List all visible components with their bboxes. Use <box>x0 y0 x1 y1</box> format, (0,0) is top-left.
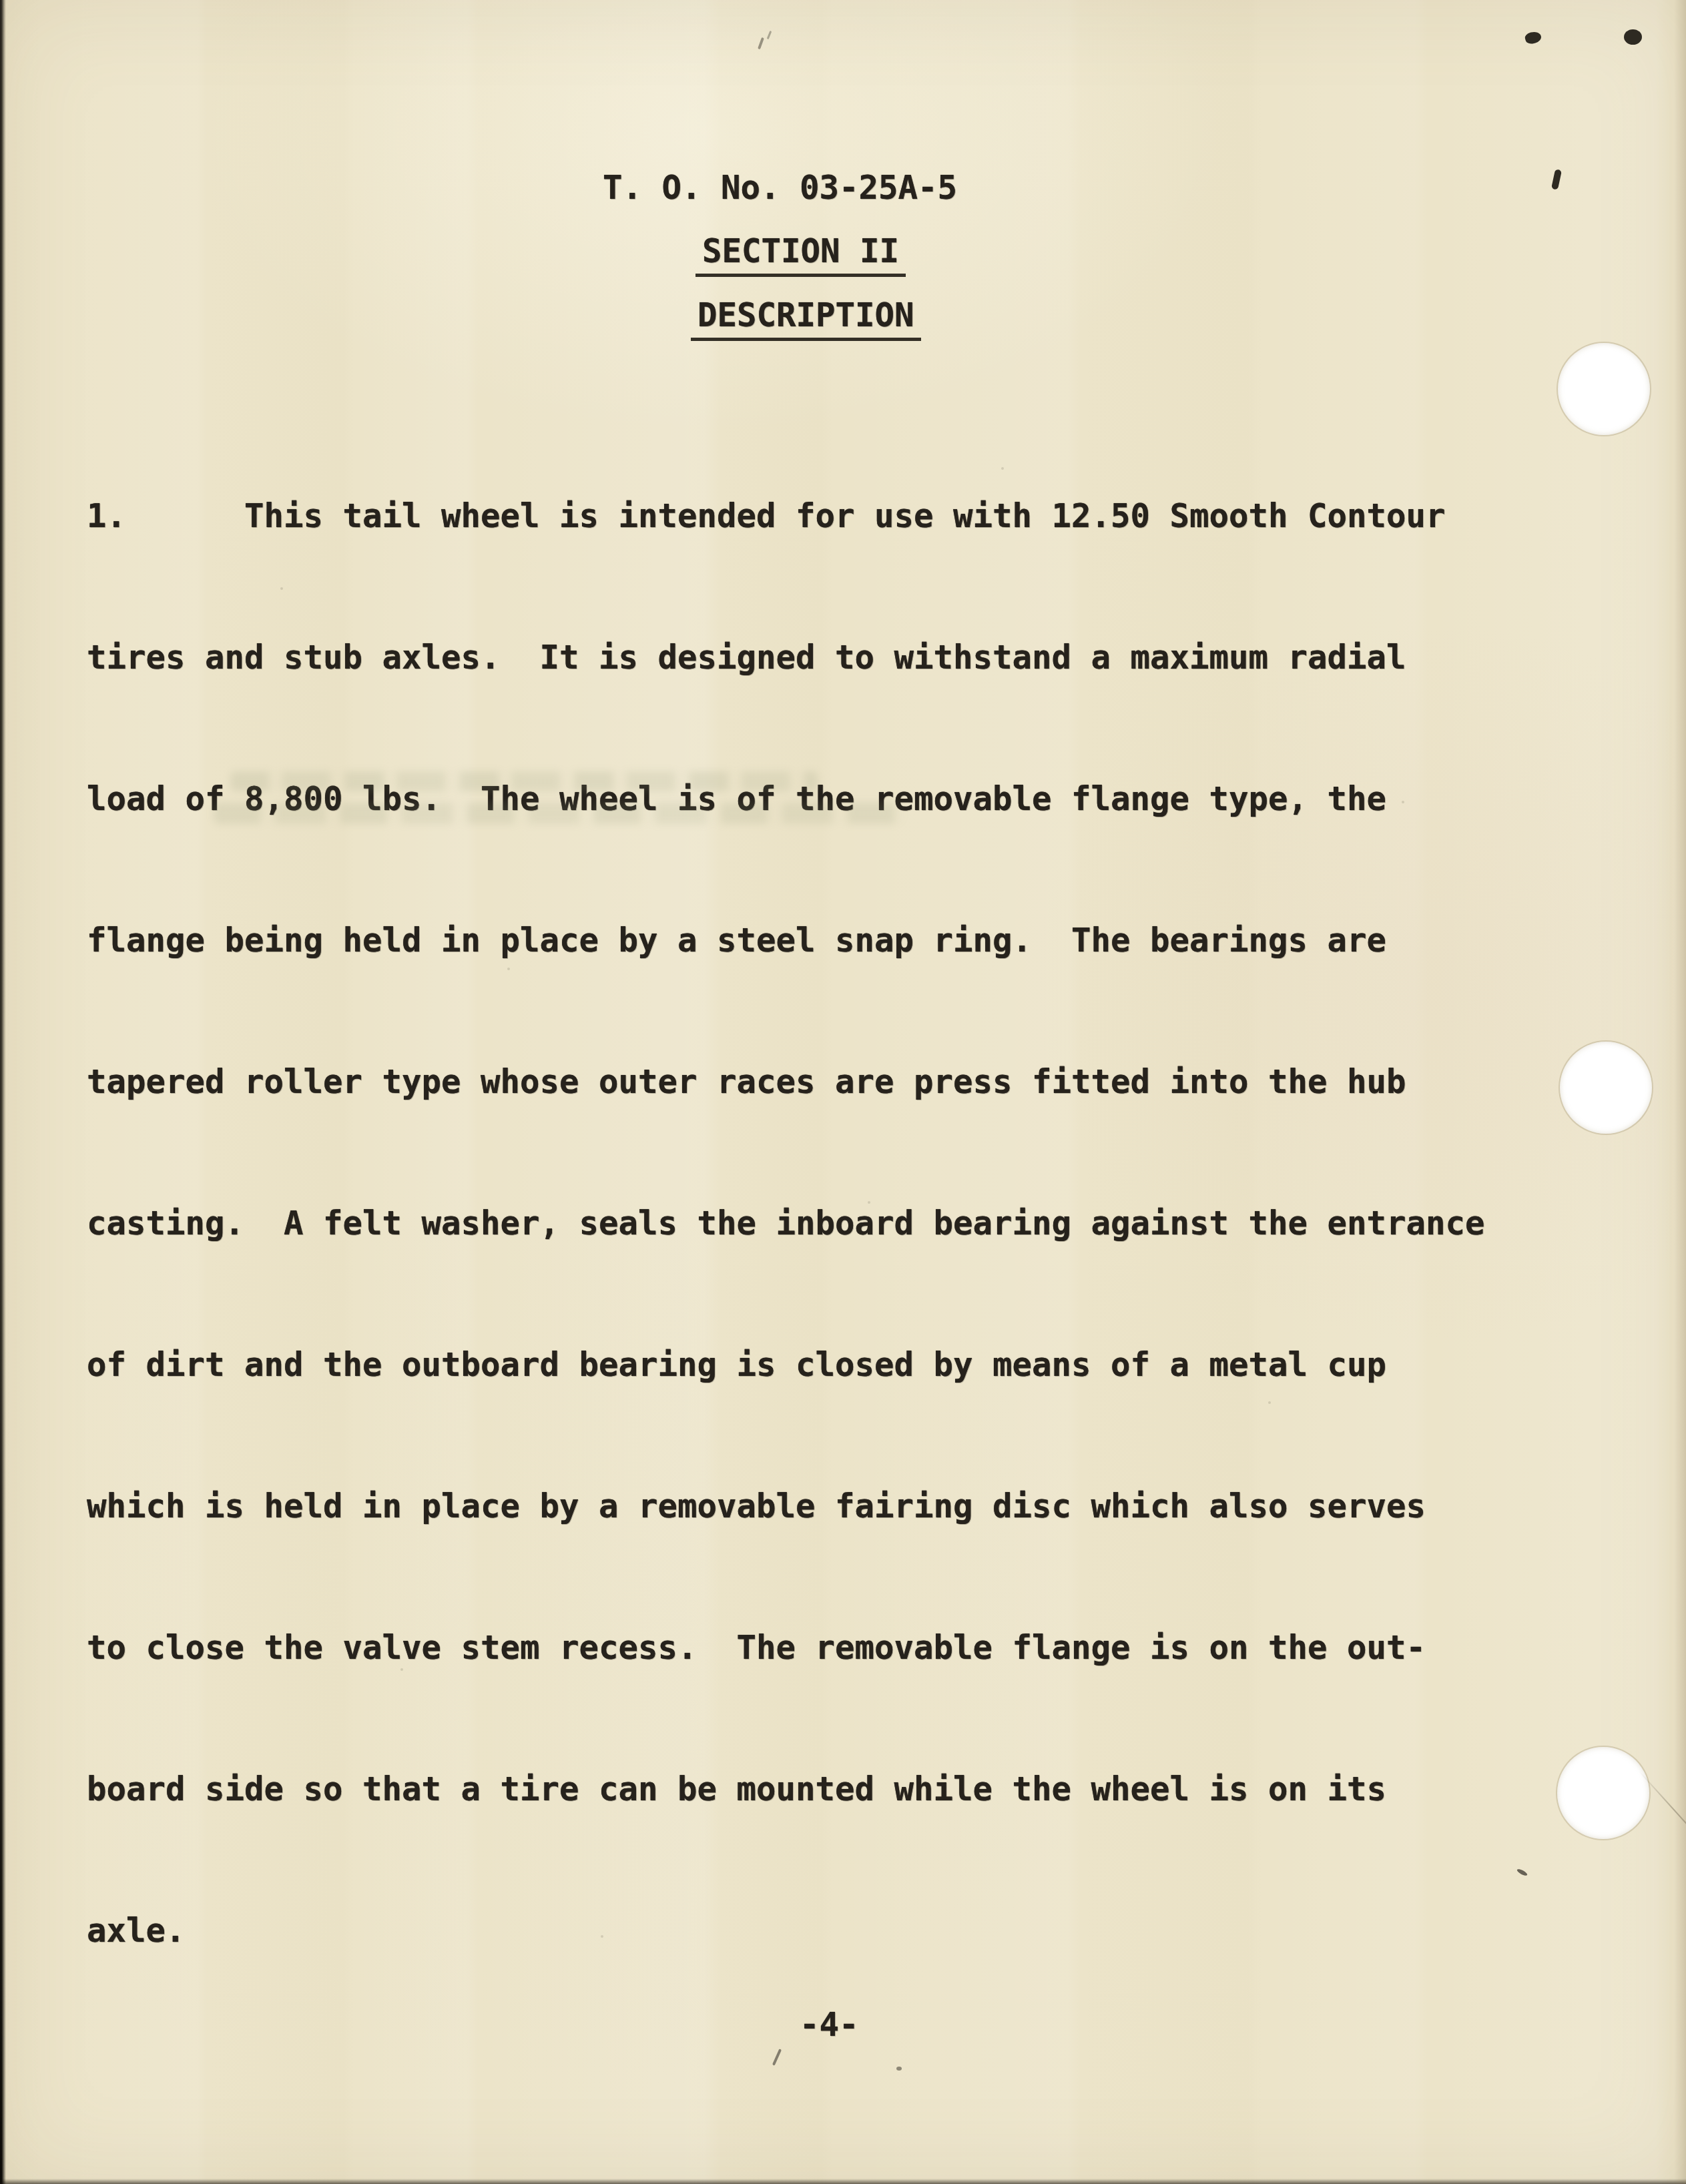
page-number: -4- <box>800 2007 859 2043</box>
ghost-bleed-text-line <box>230 771 818 791</box>
paragraph-line: flange being held in place by a steel sn… <box>87 923 1485 958</box>
ink-speck <box>1516 1868 1528 1876</box>
paragraph-line: which is held in place by a removable fa… <box>87 1489 1485 1524</box>
paragraph-line: casting. A felt washer, seals the inboar… <box>87 1206 1485 1241</box>
paragraph-1: 1. This tail wheel is intended for use w… <box>87 357 1485 2019</box>
page-bottom-edge <box>0 2179 1686 2184</box>
punch-hole <box>1557 1747 1649 1839</box>
doc-number: T. O. No. 03-25A-5 <box>603 170 957 206</box>
paragraph-line: of dirt and the outboard bearing is clos… <box>87 1347 1485 1383</box>
page-right-edge <box>1674 0 1686 2184</box>
paragraph-line: to close the valve stem recess. The remo… <box>87 1630 1485 1666</box>
ink-speck <box>767 31 772 39</box>
paragraph-line: tapered roller type whose outer races ar… <box>87 1064 1485 1100</box>
subsection-heading-text: DESCRIPTION <box>691 298 921 341</box>
ink-speck <box>896 2067 902 2071</box>
punch-hole <box>1560 1042 1652 1134</box>
dust-speck <box>1402 801 1404 803</box>
ink-speck <box>758 37 764 49</box>
dust-speck <box>1001 467 1004 470</box>
paragraph-line: axle. <box>87 1913 1485 1948</box>
section-heading-text: SECTION II <box>695 234 906 277</box>
paragraph-line: board side so that a tire can be mounted… <box>87 1772 1485 1807</box>
ghost-bleed-text-line <box>214 803 904 824</box>
dust-speck <box>601 1935 603 1938</box>
ink-speck <box>1551 169 1562 190</box>
paragraph-line: tires and stub axles. It is designed to … <box>87 640 1485 675</box>
ink-speck <box>772 2049 782 2065</box>
punch-hole <box>1558 343 1650 435</box>
dust-speck <box>868 1201 870 1204</box>
dust-speck <box>280 587 283 590</box>
ink-speck <box>1624 29 1642 45</box>
dust-speck <box>1268 1401 1271 1404</box>
subsection-heading: DESCRIPTION <box>691 298 921 341</box>
paragraph-line: 1. This tail wheel is intended for use w… <box>87 498 1485 534</box>
dust-speck <box>400 1668 403 1671</box>
scanned-document-page: T. O. No. 03-25A-5 SECTION II DESCRIPTIO… <box>0 0 1686 2184</box>
dust-speck <box>507 968 510 970</box>
ink-speck <box>1524 30 1542 45</box>
page-left-edge <box>0 0 6 2184</box>
section-heading: SECTION II <box>695 234 906 277</box>
